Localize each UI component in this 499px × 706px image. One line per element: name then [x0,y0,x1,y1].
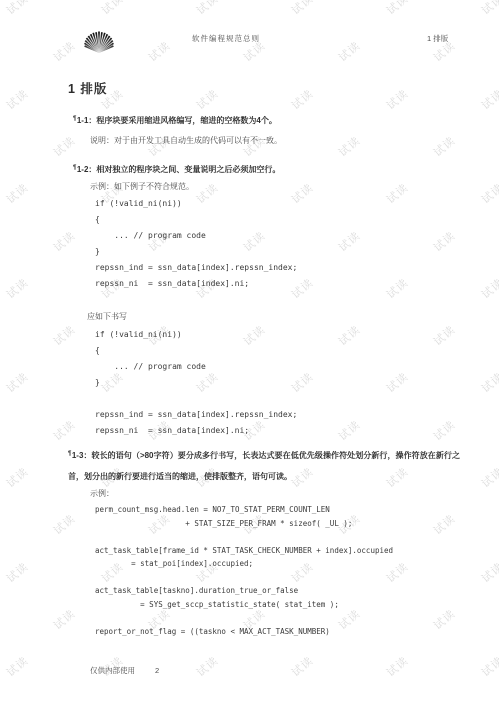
rule-number: 1-1： [77,116,97,125]
rule-1-1: ¶1-1：程序块要采用缩进风格编写，缩进的空格数为4个。 [73,109,465,131]
rule-1-2-example-label: 示例：如下例子不符合规范。 [90,181,194,192]
code-block-bad-example: if (!valid_ni(ni)) { ... // program code… [95,196,297,292]
page-content: 软件编程规范总则 1 排版 1 排版 ¶1-1：程序块要采用缩进风格编写，缩进的… [0,0,499,706]
rule-marker: ¶ [68,451,71,457]
rule-number: 1-2： [77,165,97,174]
code-block-good-example: if (!valid_ni(ni)) { ... // program code… [95,327,297,439]
section-heading: 1 排版 [68,79,107,97]
footer-page-number: 2 [155,666,159,675]
rule-text: 较长的语句（>80字符）要分成多行书写，长表达式要在低优先级操作符处划分新行，操… [68,451,460,481]
header-title: 软件编程规范总则 [0,33,452,44]
rule-marker: ¶ [73,165,76,171]
rule-1-3: ¶1-3：较长的语句（>80字符）要分成多行书写，长表达式要在低优先级操作符处划… [68,444,460,487]
rule-text: 相对独立的程序块之间、变量说明之后必须加空行。 [96,165,280,174]
footer-notice: 仅供内部使用 [90,666,135,675]
code-block-line-wrap-example: perm_count_msg.head.len = NO7_TO_STAT_PE… [95,503,393,638]
rule-text: 程序块要采用缩进风格编写，缩进的空格数为4个。 [96,116,276,125]
rule-1-3-example-label: 示例： [90,488,114,499]
header-corner-label: 1 排版 [427,33,448,44]
rule-1-2: ¶1-2：相对独立的程序块之间、变量说明之后必须加空行。 [73,158,465,180]
rule-marker: ¶ [73,116,76,122]
rule-1-2-fix-label: 应如下书写 [87,311,127,322]
page-footer: 仅供内部使用2 [90,665,159,676]
document-page: 试读试读试读试读试读试读试读试读试读试读试读试读试读试读试读试读试读试读试读试读… [0,0,499,706]
rule-number: 1-3： [72,451,92,460]
rule-1-1-note: 说明：对于由开发工具自动生成的代码可以有不一致。 [90,135,282,146]
